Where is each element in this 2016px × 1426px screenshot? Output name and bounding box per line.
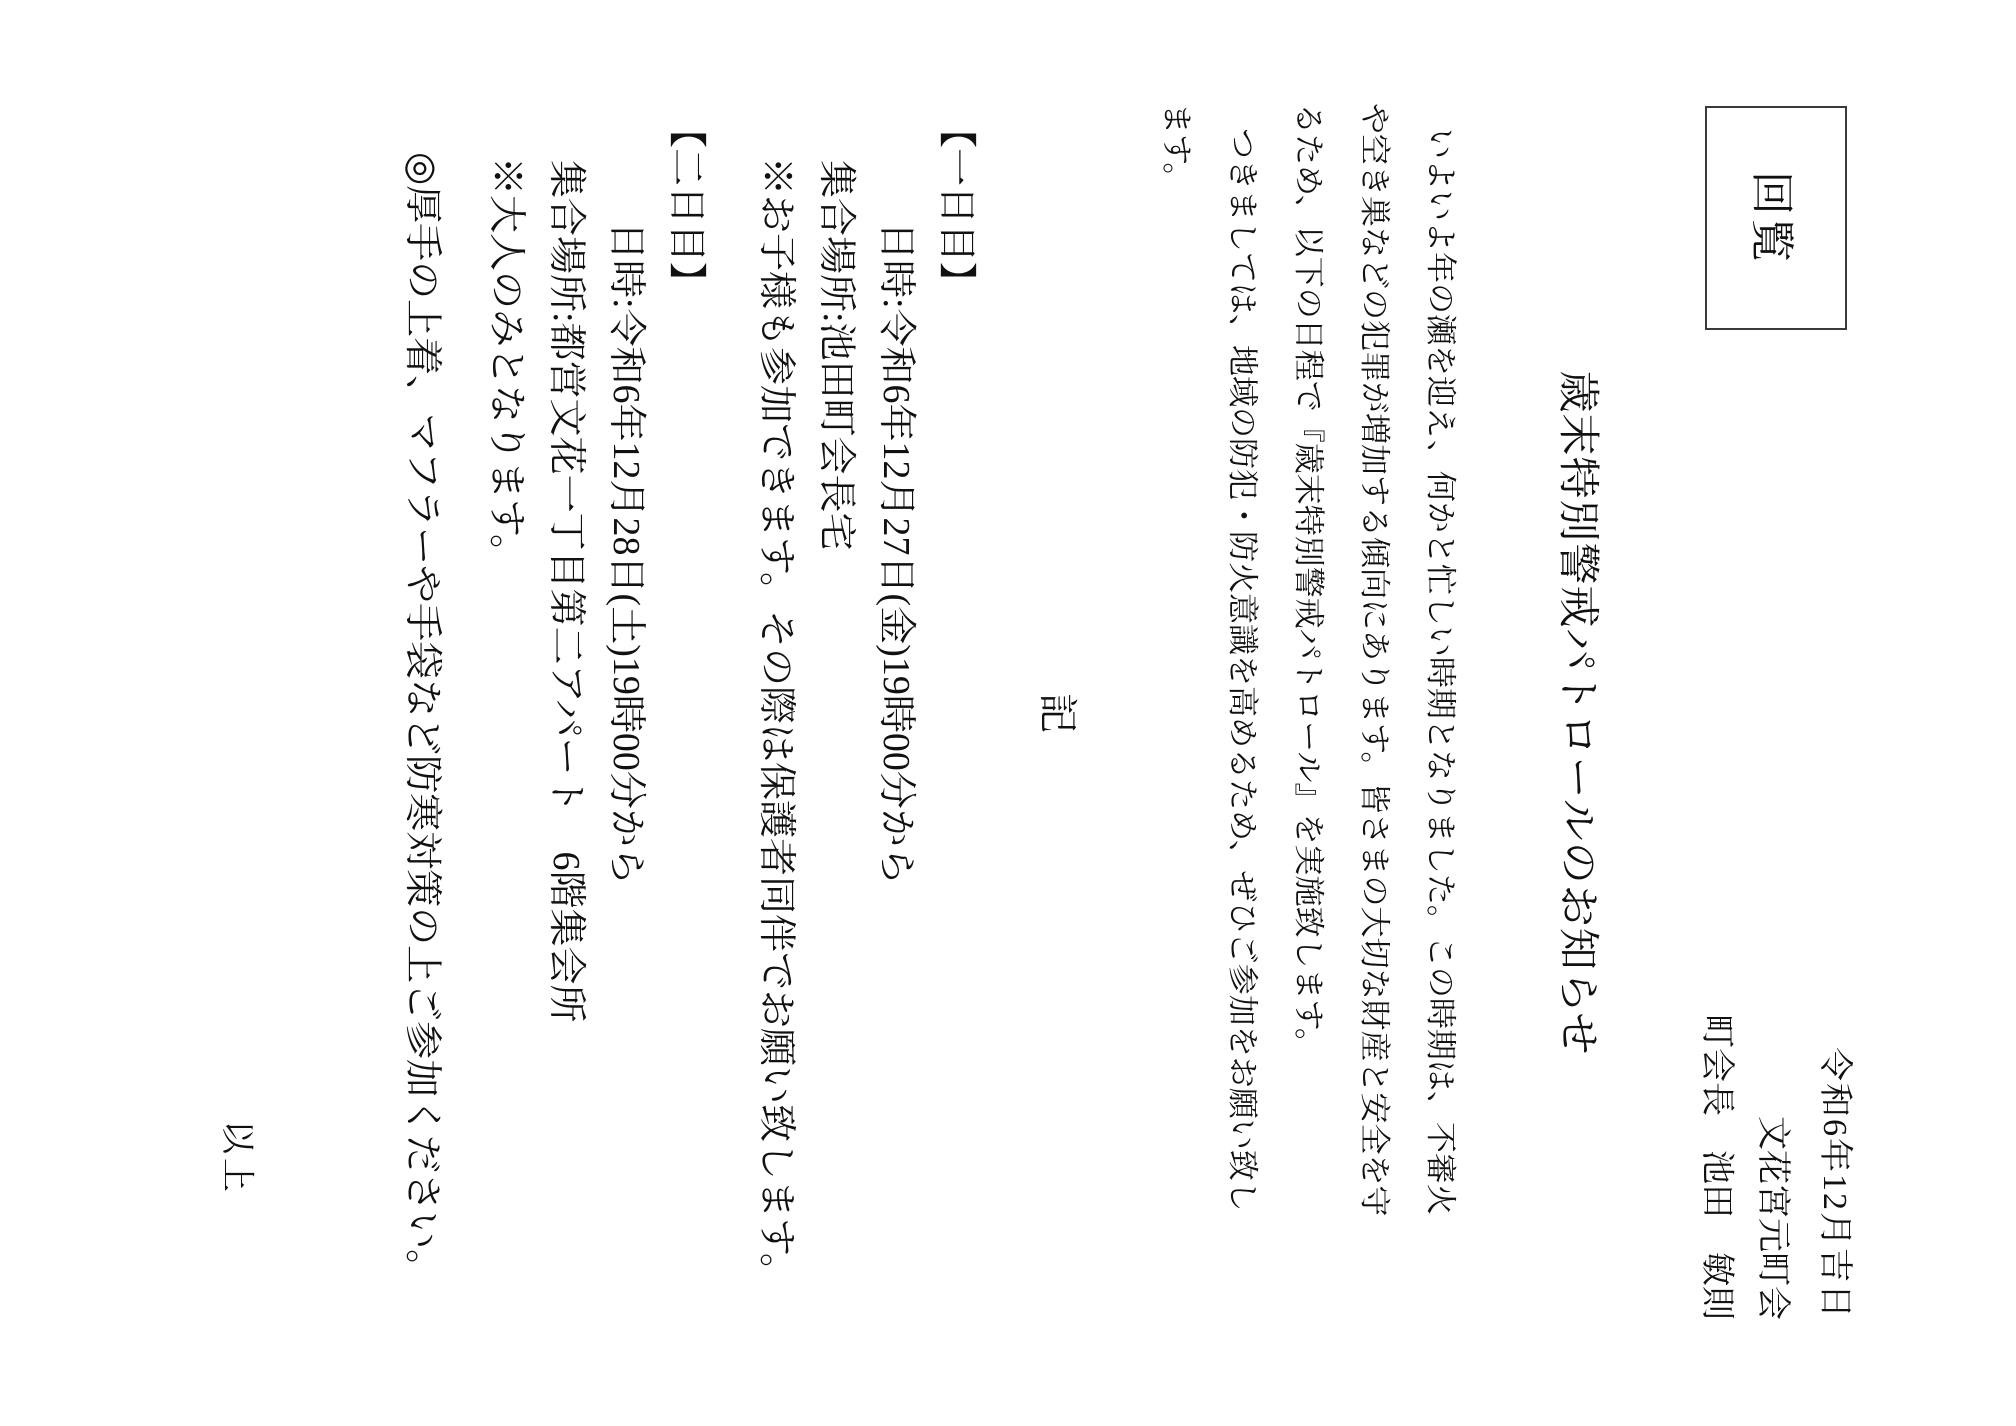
closing-ijou: 以上 xyxy=(214,0,258,1426)
kairan-stamp-label: 回覧 xyxy=(1744,171,1808,265)
notice-title: 歳末特別警戒パトロールのお知らせ xyxy=(1547,0,1607,1426)
day2-datetime: 日時:令和6年12月28日(土)19時00分から xyxy=(596,103,656,1426)
day2-place: 集合場所:都営文花一丁目第二アパート 6階集会所 xyxy=(536,103,596,1426)
notice-sheet: 回覧 令和6年12月吉日 文花宮元町会 町会長 池田 敏則 歳末特別警戒パトロー… xyxy=(0,0,2016,1426)
scanned-notice-screen: 回覧 令和6年12月吉日 文花宮元町会 町会長 池田 敏則 歳末特別警戒パトロー… xyxy=(0,0,2016,1426)
kairan-stamp-box: 回覧 xyxy=(1705,106,1847,330)
day1-header: 【一日目】 xyxy=(926,103,986,1426)
body-line-3: るため、以下の日程で『歳末特別警戒パトロール』を実施致します。 xyxy=(1275,103,1341,1326)
body-line-1: いよいよ年の瀬を迎え、何かと忙しい時期となりました。この時期は、不審火 xyxy=(1407,103,1473,1326)
day1-datetime: 日時:令和6年12月27日(金)19時00分から xyxy=(866,103,926,1426)
body-line-2: や空き巣などの犯罪が増加する傾向にあります。皆さまの大切な財産と安全を守 xyxy=(1341,103,1407,1326)
body-line-5: ます。 xyxy=(1143,103,1209,1326)
ki-marker: 記 xyxy=(1029,0,1085,1426)
day2-note: ※大人のみとなります。 xyxy=(476,103,536,1426)
schedule-section: 【一日目】 日時:令和6年12月27日(金)19時00分から 集合場所:池田町会… xyxy=(392,0,986,1426)
day1-place: 集合場所:池田町会長宅 xyxy=(806,103,866,1426)
body-paragraphs: いよいよ年の瀬を迎え、何かと忙しい時期となりました。この時期は、不審火 や空き巣… xyxy=(1143,0,1473,1426)
body-line-4: つきましては、地域の防犯・防火意識を高めるため、ぜひご参加をお願い致し xyxy=(1209,103,1275,1326)
day1-note: ※お子様も参加できます。その際は保護者同伴でお願い致します。 xyxy=(746,103,806,1426)
cold-weather-advice: ◎厚手の上着、マフラーや手袋など防寒対策の上ご参加ください。 xyxy=(392,103,452,1426)
day2-header: 【二日目】 xyxy=(656,103,716,1426)
